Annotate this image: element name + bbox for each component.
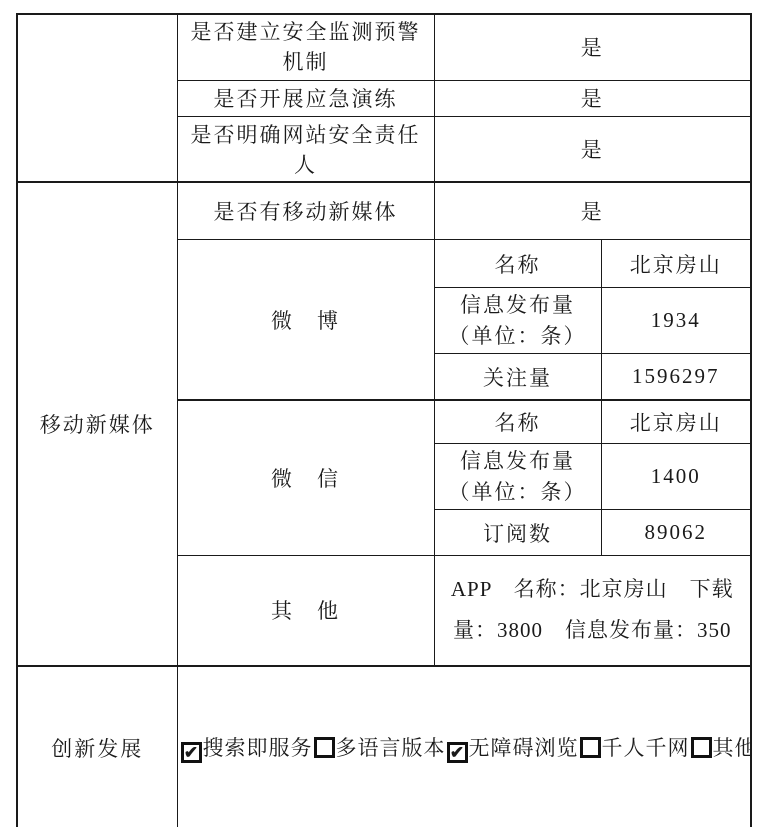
wechat-posts-label-line2: （单位：条）	[441, 477, 595, 507]
other-apps-value: APP 名称：北京房山 下载量：3800 信息发布量：350	[434, 556, 751, 666]
weibo-posts-label: 信息发布量 （单位：条）	[434, 288, 601, 354]
checkbox-unchecked-icon[interactable]	[691, 737, 712, 758]
wechat-posts-label: 信息发布量 （单位：条）	[434, 444, 601, 510]
security-officer-value: 是	[434, 116, 751, 182]
weibo-followers-value: 1596297	[601, 354, 751, 400]
weibo-posts-label-line1: 信息发布量	[441, 290, 595, 320]
wechat-subscribers-label: 订阅数	[434, 510, 601, 556]
wechat-name-value: 北京房山	[601, 400, 751, 444]
table-row: 创新发展 ✔搜索即服务多语言版本✔无障碍浏览千人千网其他	[17, 666, 751, 827]
checkbox-label: 多语言版本	[336, 736, 446, 760]
checkbox-checked-icon[interactable]: ✔	[181, 742, 202, 763]
checkbox-unchecked-icon[interactable]	[314, 737, 335, 758]
table-row: 移动新媒体 是否有移动新媒体 是	[17, 182, 751, 240]
other-group-label: 其 他	[177, 556, 434, 666]
mobile-media-section-header: 移动新媒体	[17, 182, 177, 666]
security-officer-label: 是否明确网站安全责任人	[177, 116, 434, 182]
checkbox-label: 搜索即服务	[203, 736, 313, 760]
checkbox-unchecked-icon[interactable]	[580, 737, 601, 758]
empty-header-cell	[17, 14, 177, 182]
wechat-name-label: 名称	[434, 400, 601, 444]
report-table: 是否建立安全监测预警 机制 是 是否开展应急演练 是 是否明确网站安全责任人 是…	[16, 13, 752, 827]
security-monitor-label: 是否建立安全监测预警 机制	[177, 14, 434, 80]
innovation-section-header: 创新发展	[17, 666, 177, 827]
security-monitor-label-line2: 机制	[184, 47, 428, 77]
wechat-subscribers-value: 89062	[601, 510, 751, 556]
weibo-posts-label-line2: （单位：条）	[441, 321, 595, 351]
weibo-name-value: 北京房山	[601, 240, 751, 288]
has-mobile-media-label: 是否有移动新媒体	[177, 182, 434, 240]
weibo-posts-value: 1934	[601, 288, 751, 354]
weibo-name-label: 名称	[434, 240, 601, 288]
checkbox-checked-icon[interactable]: ✔	[447, 742, 468, 763]
innovation-options: ✔搜索即服务多语言版本✔无障碍浏览千人千网其他	[177, 666, 751, 827]
wechat-group-label: 微 信	[177, 400, 434, 556]
emergency-drill-value: 是	[434, 80, 751, 116]
weibo-followers-label: 关注量	[434, 354, 601, 400]
table-row: 是否建立安全监测预警 机制 是	[17, 14, 751, 80]
weibo-group-label: 微 博	[177, 240, 434, 400]
checkbox-label: 无障碍浏览	[469, 736, 579, 760]
security-monitor-label-line1: 是否建立安全监测预警	[184, 17, 428, 47]
security-monitor-value: 是	[434, 14, 751, 80]
has-mobile-media-value: 是	[434, 182, 751, 240]
wechat-posts-value: 1400	[601, 444, 751, 510]
wechat-posts-label-line1: 信息发布量	[441, 446, 595, 476]
emergency-drill-label: 是否开展应急演练	[177, 80, 434, 116]
checkbox-label: 其他	[713, 736, 752, 760]
checkbox-label: 千人千网	[602, 736, 690, 760]
